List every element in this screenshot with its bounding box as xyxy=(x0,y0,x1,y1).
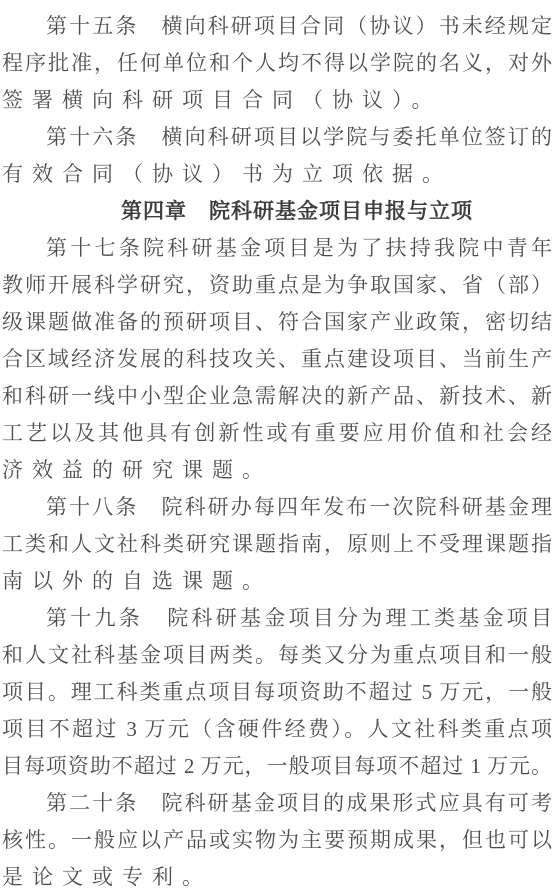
text-line: 第十七条院科研基金项目是为了扶持我院中青年 xyxy=(2,230,552,267)
chapter-heading-text: 第四章 院科研基金项目申报与立项 xyxy=(42,193,552,230)
text-line: 南以外的自选课题。 xyxy=(2,563,552,600)
text-line: 是论文或专利。 xyxy=(2,859,552,896)
text-line: 目每项资助不超过 2 万元，一般项目每项不超过 1 万元。 xyxy=(2,748,552,785)
text-line: 和人文社科基金项目两类。每类又分为重点项目和一般 xyxy=(2,637,552,674)
text-line: 程序批准，任何单位和个人均不得以学院的名义，对外 xyxy=(2,45,552,82)
paragraph: 第十九条 院科研基金项目分为理工类基金项目和人文社科基金项目两类。每类又分为重点… xyxy=(2,600,552,785)
text-line: 项目不超过 3 万元（含硬件经费）。人文社科类重点项 xyxy=(2,711,552,748)
text-line: 工类和人文社科类研究课题指南，原则上不受理课题指 xyxy=(2,526,552,563)
chapter-heading: 第四章 院科研基金项目申报与立项 xyxy=(2,193,552,230)
text-line: 项目。理工科类重点项目每项资助不超过 5 万元，一般 xyxy=(2,674,552,711)
document-page: 第十五条 横向科研项目合同（协议）书未经规定程序批准，任何单位和个人均不得以学院… xyxy=(0,0,554,896)
text-line: 和科研一线中小型企业急需解决的新产品、新技术、新 xyxy=(2,378,552,415)
text-line: 核性。一般应以产品或实物为主要预期成果，但也可以 xyxy=(2,822,552,859)
text-line: 级课题做准备的预研项目、符合国家产业政策，密切结 xyxy=(2,304,552,341)
paragraph: 第十五条 横向科研项目合同（协议）书未经规定程序批准，任何单位和个人均不得以学院… xyxy=(2,8,552,119)
text-line: 工艺以及其他具有创新性或有重要应用价值和社会经 xyxy=(2,415,552,452)
text-line: 第二十条 院科研基金项目的成果形式应具有可考 xyxy=(2,785,552,822)
text-line: 第十五条 横向科研项目合同（协议）书未经规定 xyxy=(2,8,552,45)
text-line: 合区域经济发展的科技攻关、重点建设项目、当前生产 xyxy=(2,341,552,378)
paragraph: 第十七条院科研基金项目是为了扶持我院中青年教师开展科学研究，资助重点是为争取国家… xyxy=(2,230,552,489)
text-line: 第十六条 横向科研项目以学院与委托单位签订的 xyxy=(2,119,552,156)
paragraph: 第十六条 横向科研项目以学院与委托单位签订的有效合同（协议）书为立项依据。 xyxy=(2,119,552,193)
text-line: 签署横向科研项目合同（协议）。 xyxy=(2,82,552,119)
text-line: 教师开展科学研究，资助重点是为争取国家、省（部） xyxy=(2,267,552,304)
text-line: 第十九条 院科研基金项目分为理工类基金项目 xyxy=(2,600,552,637)
text-line: 第十八条 院科研办每四年发布一次院科研基金理 xyxy=(2,489,552,526)
paragraph: 第十八条 院科研办每四年发布一次院科研基金理工类和人文社科类研究课题指南，原则上… xyxy=(2,489,552,600)
text-line: 有效合同（协议）书为立项依据。 xyxy=(2,156,552,193)
text-line: 济效益的研究课题。 xyxy=(2,452,552,489)
paragraph: 第二十条 院科研基金项目的成果形式应具有可考核性。一般应以产品或实物为主要预期成… xyxy=(2,785,552,896)
